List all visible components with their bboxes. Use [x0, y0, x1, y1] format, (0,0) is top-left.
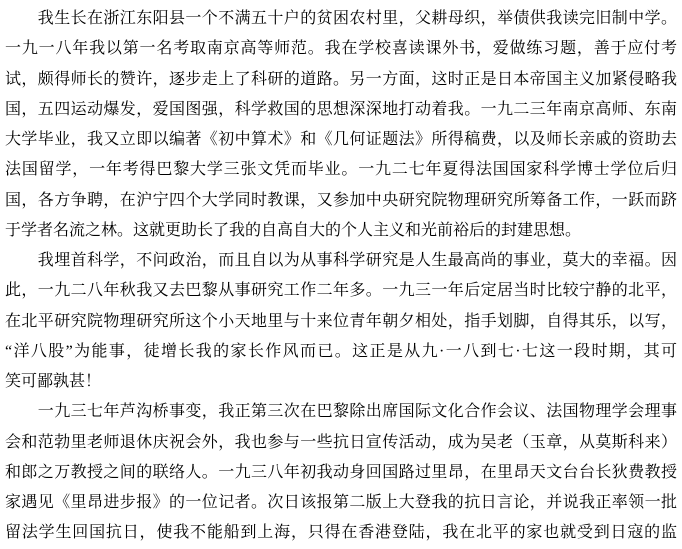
text-line: 和郎之万教授之间的联络人。一九三八年初我动身回国路过里昂，在里昂天文台台长狄费教… — [5, 458, 677, 488]
text-line: 国，五四运动爆发，爱国图强，科学救国的思想深深地打动着我。一九二三年南京高师、东… — [5, 95, 677, 125]
text-line: 我埋首科学，不问政治，而且自以为从事科学研究是人生最高尚的事业，莫大的幸福。因 — [5, 246, 677, 276]
text-line: 会和范勃里老师退休庆祝会外，我也参与一些抗日宣传活动，成为吴老（玉章，从莫斯科来… — [5, 428, 677, 458]
text-line: 留法学生回国抗日，使我不能船到上海，只得在香港登陆，我在北平的家也就受到日寇的监 — [5, 518, 677, 548]
text-line: 一九一八年我以第一名考取南京高等师范。我在学校喜读课外书，爱做练习题，善于应付考 — [5, 34, 677, 64]
text-line: 家遇见《里昂进步报》的一位记者。次日该报第二版上大登我的抗日言论，并说我正率领一… — [5, 488, 677, 518]
text-line: 在北平研究院物理研究所这个小天地里与十来位青年朝夕相处，指手划脚，自得其乐，以写… — [5, 307, 677, 337]
text-line: 国，各方争聘，在沪宁四个大学同时教课，又参加中央研究院物理研究所筹备工作，一跃而… — [5, 186, 677, 216]
text-line: 一九三七年芦沟桥事变，我正第三次在巴黎除出席国际文化合作会议、法国物理学会理事 — [5, 397, 677, 427]
text-line: 笑可鄙孰甚！ — [5, 367, 677, 397]
text-line: 此，一九二八年秋我又去巴黎从事研究工作二年多。一九三一年后定居当时比较宁静的北平… — [5, 276, 677, 306]
text-line: 于学者名流之林。这就更助长了我的自高自大的个人主义和光前裕后的封建思想。 — [5, 216, 677, 246]
text-line: 试，颇得师长的赞许，逐步走上了科研的道路。另一方面，这时正是日本帝国主义加紧侵略… — [5, 65, 677, 95]
text-line: “洋八股”为能事，徒增长我的家长作风而已。这正是从九·一八到七·七这一段时期，其… — [5, 337, 677, 367]
text-line: 大学毕业，我又立即以编著《初中算术》和《几何证题法》所得稿费，以及师长亲戚的资助… — [5, 125, 677, 155]
document-page: 我生长在浙江东阳县一个不满五十户的贫困农村里，父耕母织，举债供我读完旧制中学。 … — [0, 0, 682, 549]
memoir-text: 我生长在浙江东阳县一个不满五十户的贫困农村里，父耕母织，举债供我读完旧制中学。 … — [0, 0, 682, 549]
text-line: 我生长在浙江东阳县一个不满五十户的贫困农村里，父耕母织，举债供我读完旧制中学。 — [5, 4, 677, 34]
text-line: 法国留学，一年考得巴黎大学三张文凭而毕业。一九二七年夏得法国国家科学博士学位后归 — [5, 155, 677, 185]
